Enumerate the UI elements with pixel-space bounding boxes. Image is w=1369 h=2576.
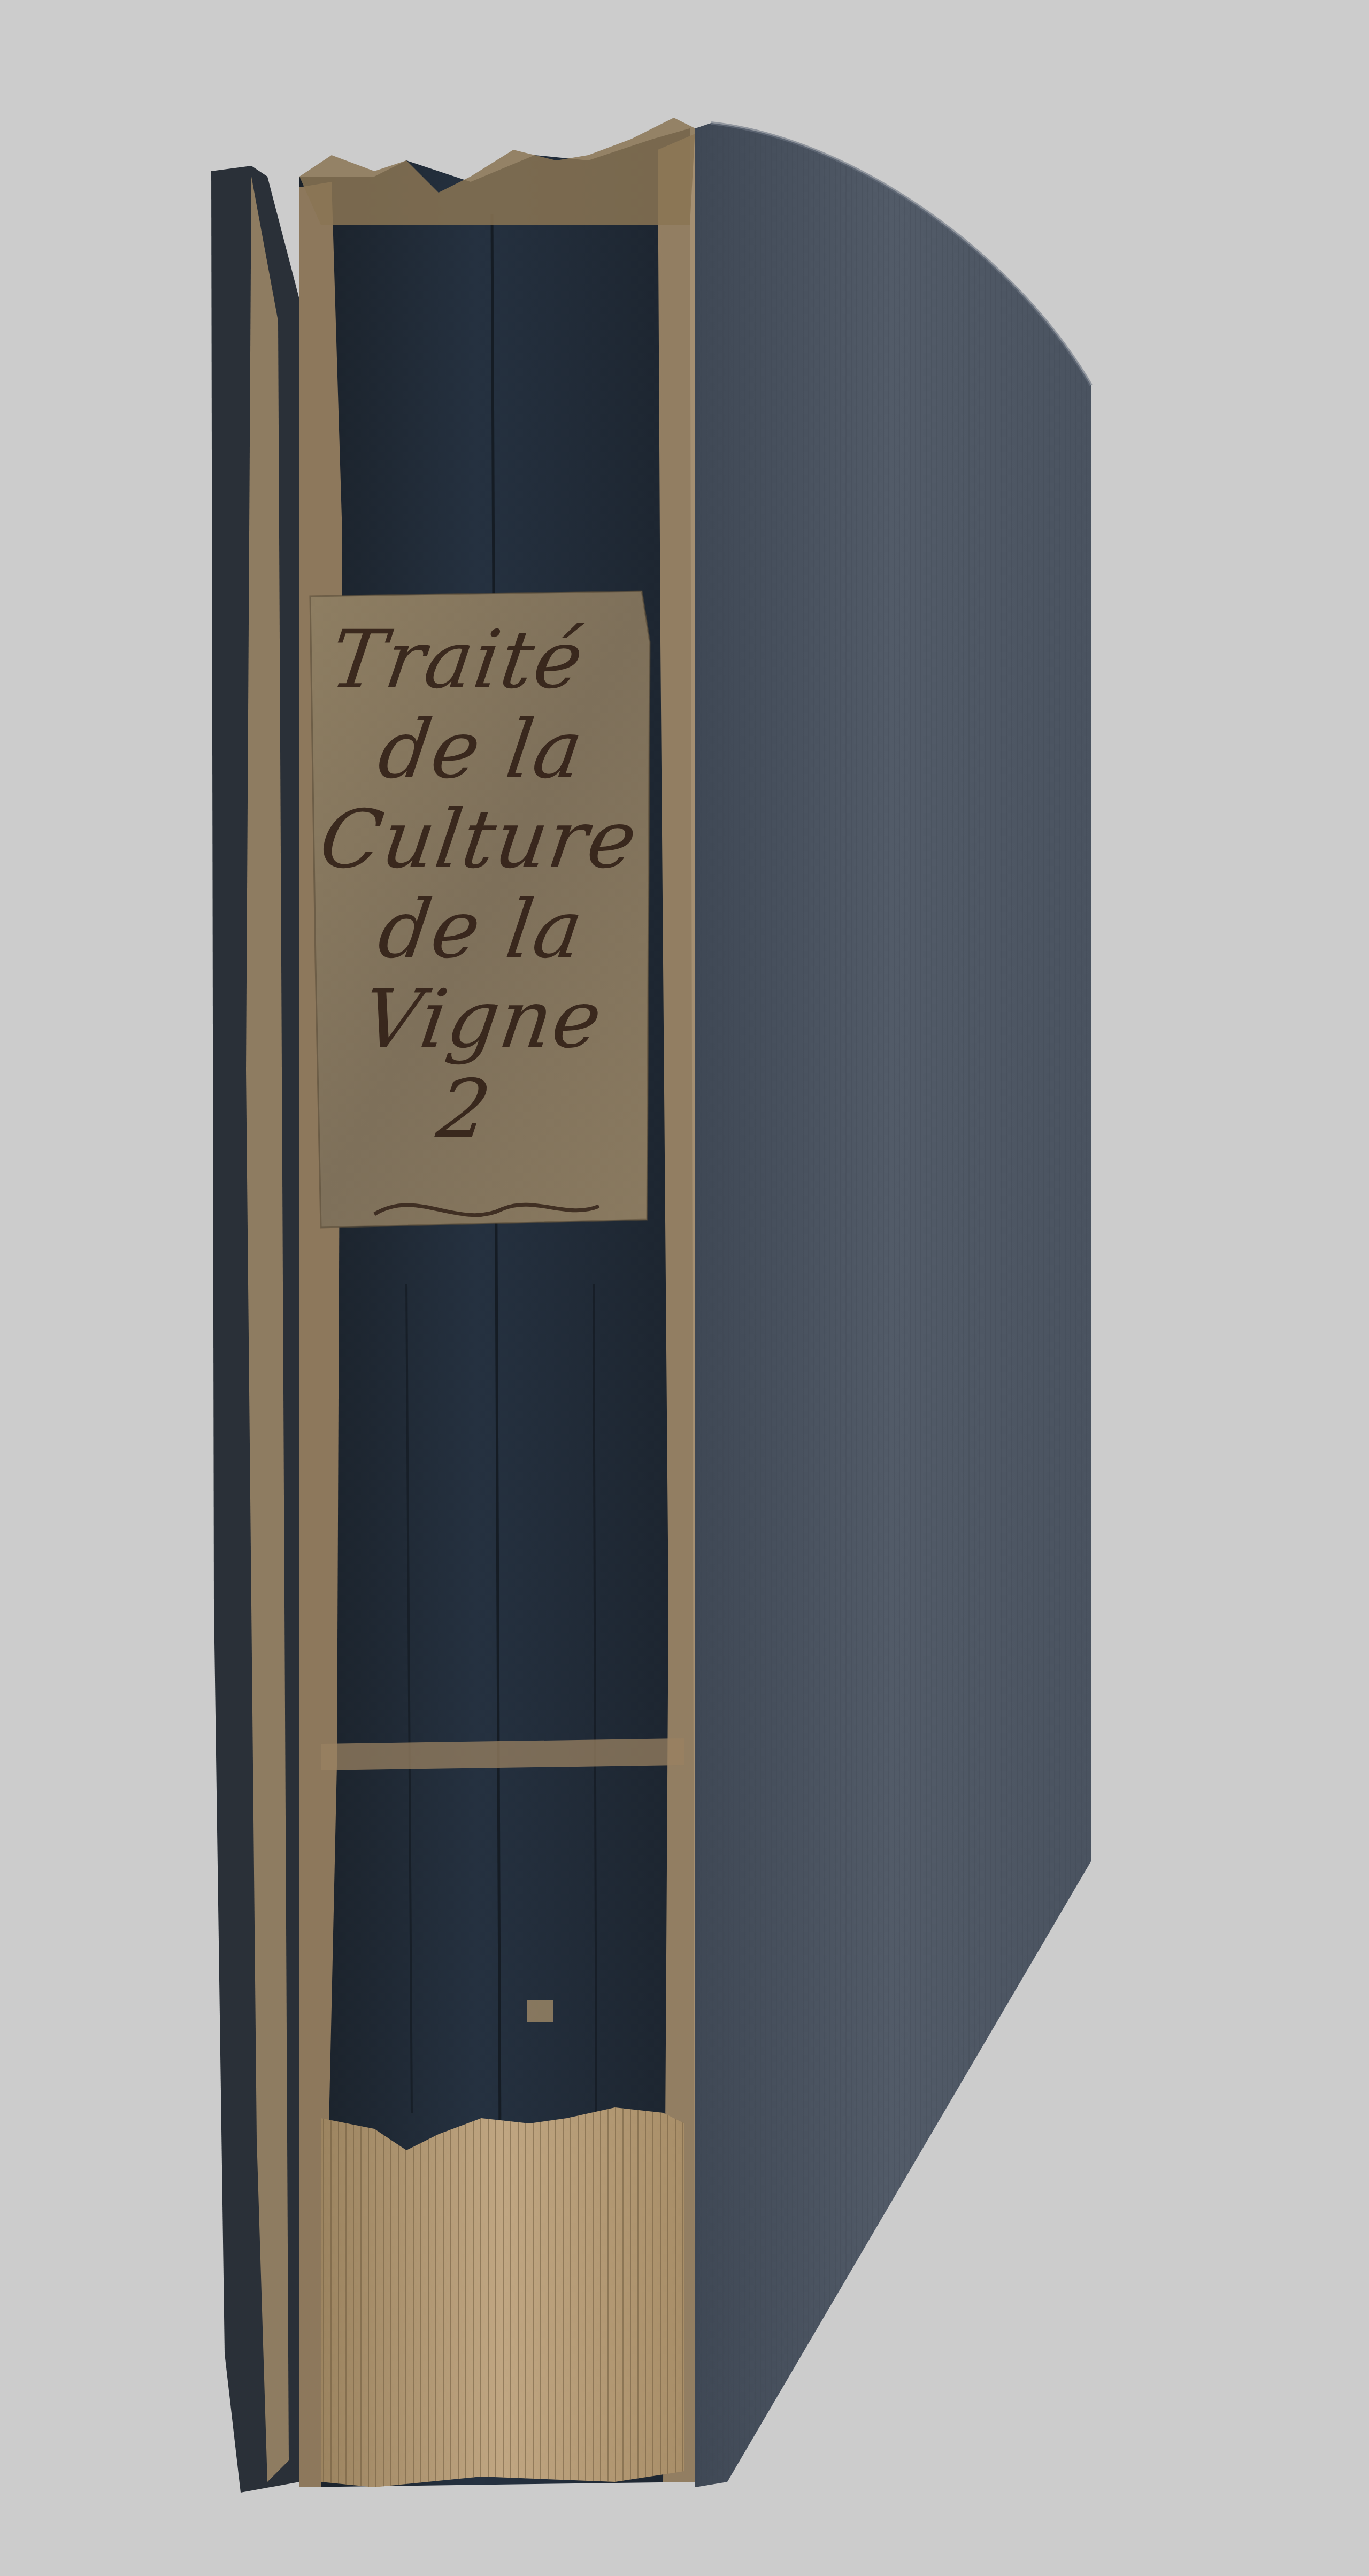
label-line-2: de la <box>373 705 648 795</box>
label-line-5: Vigne <box>357 975 648 1064</box>
left-board-edge <box>211 166 299 2493</box>
label-line-4: de la <box>373 885 648 975</box>
book-illustration <box>0 0 1369 2576</box>
label-line-1: Traité <box>325 615 648 705</box>
front-board <box>695 123 1091 2487</box>
label-line-3: Culture <box>314 795 648 885</box>
label-line-6: 2 <box>432 1064 648 1154</box>
exposed-pages <box>321 2107 684 2487</box>
spine-label-handwriting: Traité de la Culture de la Vigne 2 <box>321 615 642 1154</box>
